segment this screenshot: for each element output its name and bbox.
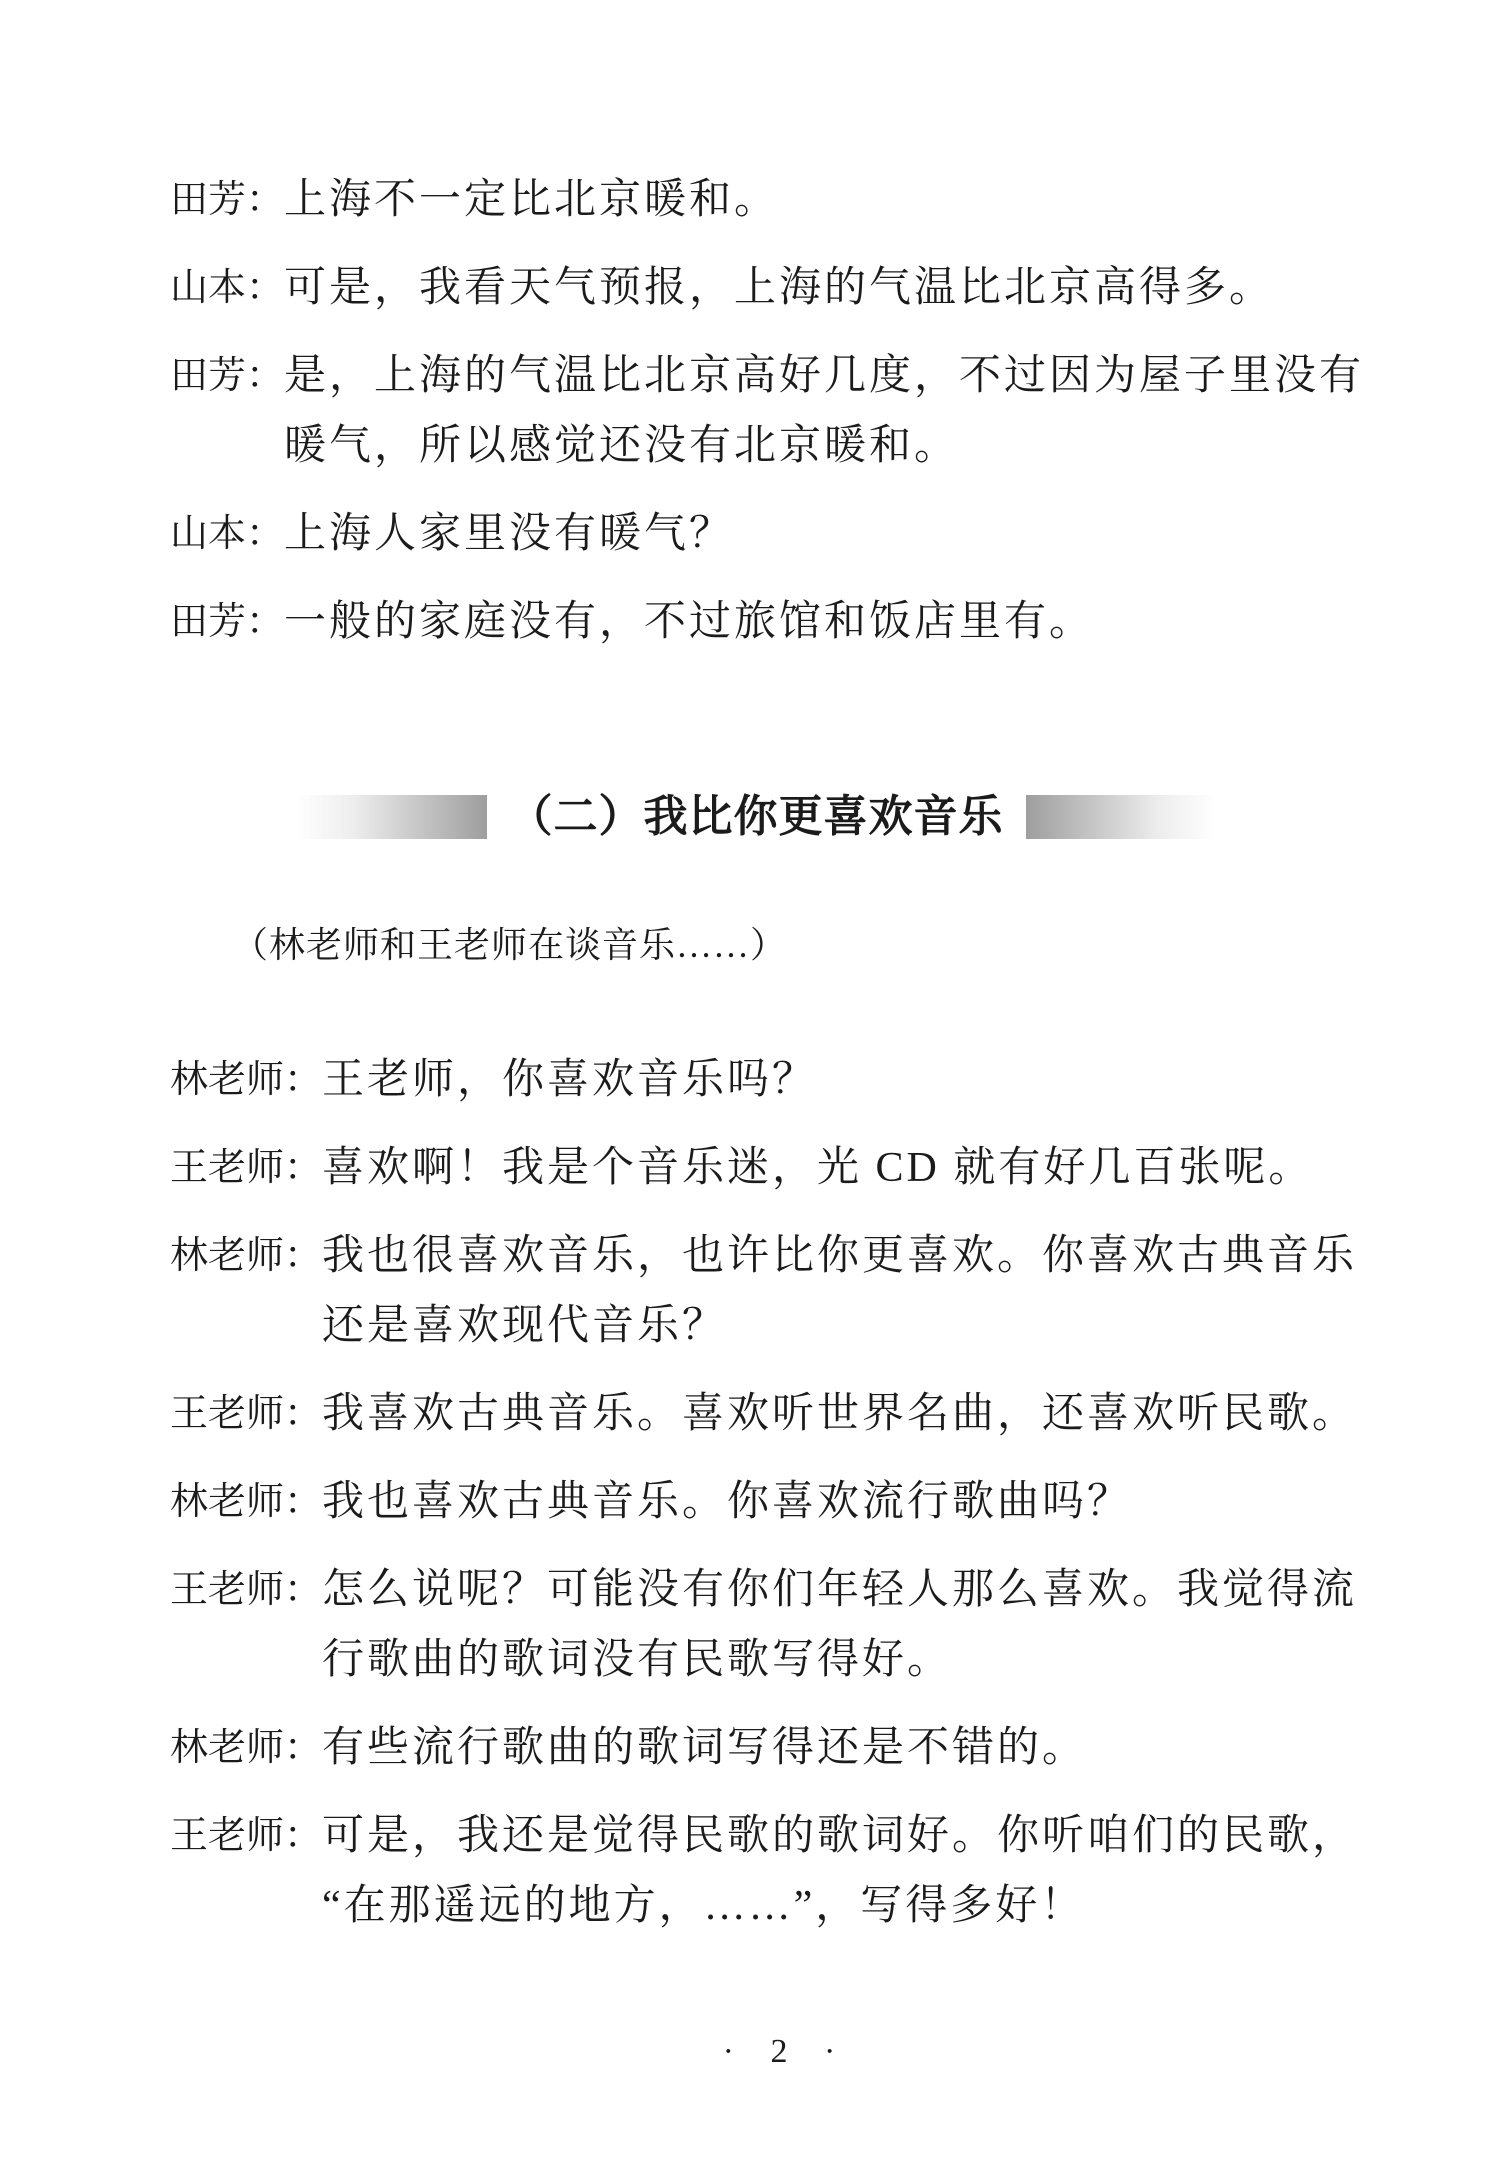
speech-block: 一般的家庭没有，不过旅馆和饭店里有。 xyxy=(284,587,1342,657)
speech-block: 王老师，你喜欢音乐吗？ xyxy=(322,1045,1342,1115)
dialogue-turn: 田芳： 一般的家庭没有，不过旅馆和饭店里有。 xyxy=(170,587,1342,657)
speaker-label: 王老师： xyxy=(170,1801,322,1871)
dialogue-line: 一般的家庭没有，不过旅馆和饭店里有。 xyxy=(284,587,1342,657)
page-number: · 2 · xyxy=(723,2033,850,2070)
speech-block: 我也很喜欢音乐，也许比你更喜欢。你喜欢古典音乐 还是喜欢现代音乐？ xyxy=(322,1221,1357,1361)
textbook-page: 田芳： 上海不一定比北京暖和。 山本： 可是，我看天气预报，上海的气温比北京高得… xyxy=(0,0,1512,2158)
dialogue-line: 王老师，你喜欢音乐吗？ xyxy=(322,1045,1342,1115)
dialogue-turn: 山本： 上海人家里没有暖气？ xyxy=(170,499,1342,569)
header-gradient-right-bar xyxy=(1026,795,1216,839)
dialogue-turn: 林老师： 我也喜欢古典音乐。你喜欢流行歌曲吗？ xyxy=(170,1467,1342,1537)
speech-block: 我喜欢古典音乐。喜欢听世界名曲，还喜欢听民歌。 xyxy=(322,1379,1357,1449)
speaker-label: 山本： xyxy=(170,253,284,323)
section-header: （二）我比你更喜欢音乐 xyxy=(170,782,1342,852)
dialogue-line: 暖气，所以感觉还没有北京暖和。 xyxy=(284,411,1364,481)
speaker-label: 田芳： xyxy=(170,341,284,411)
speech-block: 上海人家里没有暖气？ xyxy=(284,499,1342,569)
dialogue-line: 有些流行歌曲的歌词写得还是不错的。 xyxy=(322,1713,1342,1783)
speech-block: 是，上海的气温比北京高好几度，不过因为屋子里没有 暖气，所以感觉还没有北京暖和。 xyxy=(284,341,1364,481)
dialogue-turn: 王老师： 我喜欢古典音乐。喜欢听世界名曲，还喜欢听民歌。 xyxy=(170,1379,1342,1449)
dialogue-line: “在那遥远的地方，……”，写得多好！ xyxy=(322,1871,1357,1941)
speaker-label: 田芳： xyxy=(170,587,284,657)
dialogue-turn: 山本： 可是，我看天气预报，上海的气温比北京高得多。 xyxy=(170,253,1342,323)
speaker-label: 林老师： xyxy=(170,1467,322,1537)
dialogue-section-1: 田芳： 上海不一定比北京暖和。 山本： 可是，我看天气预报，上海的气温比北京高得… xyxy=(170,165,1342,657)
speaker-label: 王老师： xyxy=(170,1133,322,1203)
dialogue-line: 可是，我还是觉得民歌的歌词好。你听咱们的民歌， xyxy=(322,1801,1357,1871)
speaker-label: 田芳： xyxy=(170,165,284,235)
dialogue-line: 怎么说呢？可能没有你们年轻人那么喜欢。我觉得流 xyxy=(322,1555,1357,1625)
speech-block: 有些流行歌曲的歌词写得还是不错的。 xyxy=(322,1713,1342,1783)
dialogue-line: 上海不一定比北京暖和。 xyxy=(284,165,1342,235)
dialogue-line: 还是喜欢现代音乐？ xyxy=(322,1291,1357,1361)
speaker-label: 山本： xyxy=(170,499,284,569)
speaker-label: 林老师： xyxy=(170,1221,322,1291)
dialogue-turn: 林老师： 有些流行歌曲的歌词写得还是不错的。 xyxy=(170,1713,1342,1783)
speech-block: 上海不一定比北京暖和。 xyxy=(284,165,1342,235)
dialogue-turn: 王老师： 怎么说呢？可能没有你们年轻人那么喜欢。我觉得流 行歌曲的歌词没有民歌写… xyxy=(170,1555,1342,1695)
speaker-label: 王老师： xyxy=(170,1555,322,1625)
dialogue-line: 我喜欢古典音乐。喜欢听世界名曲，还喜欢听民歌。 xyxy=(322,1379,1357,1449)
speaker-label: 林老师： xyxy=(170,1045,322,1115)
dialogue-turn: 田芳： 上海不一定比北京暖和。 xyxy=(170,165,1342,235)
scene-description: （林老师和王老师在谈音乐……） xyxy=(232,910,1342,980)
speech-block: 可是，我看天气预报，上海的气温比北京高得多。 xyxy=(284,253,1342,323)
dialogue-turn: 王老师： 喜欢啊！我是个音乐迷，光 CD 就有好几百张呢。 xyxy=(170,1133,1342,1203)
dialogue-line: 是，上海的气温比北京高好几度，不过因为屋子里没有 xyxy=(284,341,1364,411)
header-gradient-left-bar xyxy=(297,795,487,839)
dialogue-turn: 田芳： 是，上海的气温比北京高好几度，不过因为屋子里没有 暖气，所以感觉还没有北… xyxy=(170,341,1342,481)
dialogue-line: 我也很喜欢音乐，也许比你更喜欢。你喜欢古典音乐 xyxy=(322,1221,1357,1291)
speech-block: 怎么说呢？可能没有你们年轻人那么喜欢。我觉得流 行歌曲的歌词没有民歌写得好。 xyxy=(322,1555,1357,1695)
dialogue-line: 喜欢啊！我是个音乐迷，光 CD 就有好几百张呢。 xyxy=(322,1133,1342,1203)
speech-block: 可是，我还是觉得民歌的歌词好。你听咱们的民歌， “在那遥远的地方，……”，写得多… xyxy=(322,1801,1357,1941)
page-footer: · 2 · xyxy=(0,2030,1512,2074)
section-title: （二）我比你更喜欢音乐 xyxy=(509,782,1004,852)
dialogue-line: 行歌曲的歌词没有民歌写得好。 xyxy=(322,1625,1357,1695)
speech-block: 喜欢啊！我是个音乐迷，光 CD 就有好几百张呢。 xyxy=(322,1133,1342,1203)
speaker-label: 王老师： xyxy=(170,1379,322,1449)
dialogue-line: 我也喜欢古典音乐。你喜欢流行歌曲吗？ xyxy=(322,1467,1342,1537)
dialogue-line: 上海人家里没有暖气？ xyxy=(284,499,1342,569)
dialogue-section-2: 林老师： 王老师，你喜欢音乐吗？ 王老师： 喜欢啊！我是个音乐迷，光 CD 就有… xyxy=(170,1045,1342,1941)
speaker-label: 林老师： xyxy=(170,1713,322,1783)
dialogue-turn: 王老师： 可是，我还是觉得民歌的歌词好。你听咱们的民歌， “在那遥远的地方，……… xyxy=(170,1801,1342,1941)
dialogue-turn: 林老师： 我也很喜欢音乐，也许比你更喜欢。你喜欢古典音乐 还是喜欢现代音乐？ xyxy=(170,1221,1342,1361)
dialogue-turn: 林老师： 王老师，你喜欢音乐吗？ xyxy=(170,1045,1342,1115)
dialogue-line: 可是，我看天气预报，上海的气温比北京高得多。 xyxy=(284,253,1342,323)
speech-block: 我也喜欢古典音乐。你喜欢流行歌曲吗？ xyxy=(322,1467,1342,1537)
